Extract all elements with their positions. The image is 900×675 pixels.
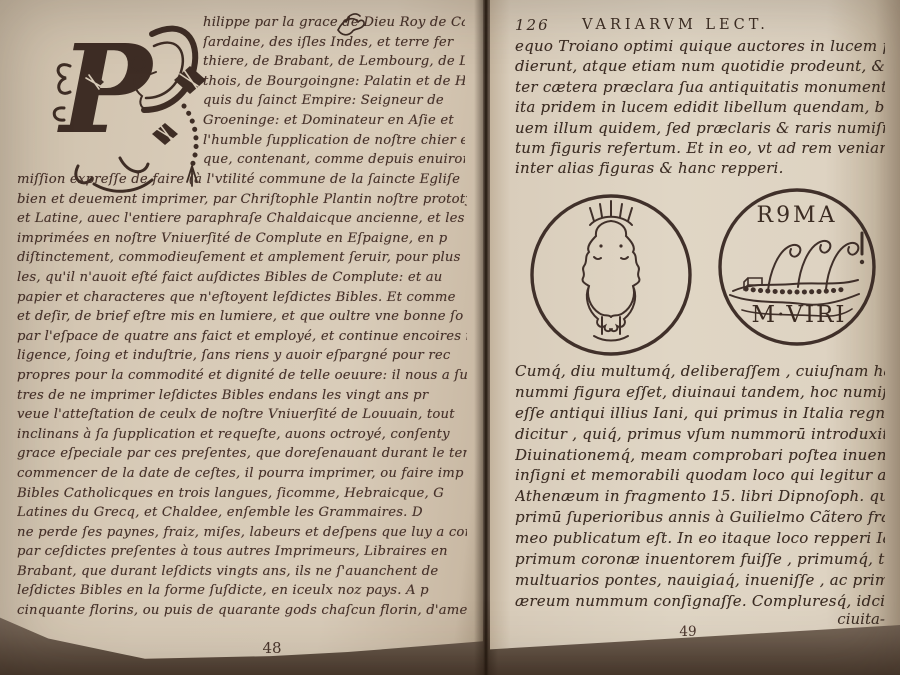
text-line: Brabant, que durant leſdicts vingts ans,… xyxy=(17,562,467,582)
text-line: inter alias figuras & hanc repperi. xyxy=(515,158,885,178)
open-book-photo: P xyxy=(0,0,900,675)
text-line: dierunt, atque etiam num quotidie prodeu… xyxy=(515,56,885,76)
text-line: leſdictes Bibles en la forme ſuſdicte, e… xyxy=(17,581,467,601)
folio-number: 126 xyxy=(515,16,550,34)
text-line: cinquante florins, ou puis de quarante g… xyxy=(17,601,467,621)
text-line: imprimées en noſtre Vniuerſité de Complu… xyxy=(17,229,467,249)
text-line: les, qu'il n'auoit eſté faict auſdictes … xyxy=(17,268,467,288)
text-line: Cumq́, diu multumq́, deliberaſſem , cuiu… xyxy=(515,361,885,382)
text-line: ſardaine, des iſles Indes, et terre fer xyxy=(203,33,465,53)
text-line: l'humble ſupplication de noſtre chier et… xyxy=(203,131,465,151)
text-line: primum coronæ inuentorem fuiſſe , primum… xyxy=(515,549,885,570)
initial-letter: P xyxy=(57,17,155,161)
text-line: commencer de la date de ceſtes, il pourr… xyxy=(17,464,467,484)
janus-coin-icon xyxy=(532,196,690,354)
left-page-opening-lines: hilippe par la grace de Dieu Roy de Ca ſ… xyxy=(203,13,465,170)
text-line: equo Troiano optimi quique auctores in l… xyxy=(515,36,885,56)
text-line: tres de ne imprimer leſdictes Bibles end… xyxy=(17,386,467,406)
text-line: nummi figura eſſet, diuinaui tandem, hoc… xyxy=(515,382,885,403)
text-line: Athenæum in fragmento 15. libri Dipnoſop… xyxy=(515,486,885,507)
prow-coin-icon: R9MA M·VIRI xyxy=(720,190,874,344)
right-page: 126 VARIARVM LECT. equo Troiano optimi q… xyxy=(490,0,900,675)
text-line: meo publicatum eſt. In eo itaque loco re… xyxy=(515,528,885,549)
coin-illustrations: R9MA M·VIRI xyxy=(490,183,890,369)
running-title: VARIARVM LECT. xyxy=(582,17,812,33)
text-line: dicitur , quiq́, primus vſum nummorū int… xyxy=(515,424,885,445)
text-line: eſſe antiqui illius Iani, qui primus in … xyxy=(515,403,885,424)
left-page-body-lines: miſſion expreſſe de faire (à l'vtilité c… xyxy=(17,170,467,621)
text-line: ter cætera præclara ſua antiquitatis mon… xyxy=(515,77,885,97)
coin-legend-top: R9MA xyxy=(757,203,838,228)
text-line: inſigni et memorabili quodam loco qui le… xyxy=(515,465,885,486)
text-line: et Latine, auec l'entiere paraphraſe Cha… xyxy=(17,209,467,229)
left-page-number: 48 xyxy=(252,639,292,657)
text-line: bien et deuement imprimer, par Chriſtoph… xyxy=(17,190,467,210)
text-line: quis du ſainct Empire: Seigneur de xyxy=(203,91,465,111)
right-page-number: 49 xyxy=(668,624,708,640)
coin-legend-bottom: M·VIRI xyxy=(752,302,847,328)
text-line: par l'eſpace de quatre ans faict et empl… xyxy=(17,327,467,347)
text-line: ne perde ſes paynes, fraiz, miſes, labeu… xyxy=(17,523,467,543)
text-line: veue l'atteſtation de ceulx de noſtre Vn… xyxy=(17,405,467,425)
left-page: P xyxy=(0,0,483,675)
text-line: Latines du Grecq, et Chaldee, enſemble l… xyxy=(17,503,467,523)
text-line: ligence, ſoing et induſtrie, ſans riens … xyxy=(17,346,467,366)
text-line: primū ſuperioribus annis à Guilielmo Cãt… xyxy=(515,507,885,528)
text-line: Groeninge: et Dominateur en Aſie et xyxy=(203,111,465,131)
text-line: propres pour la commodité et dignité de … xyxy=(17,366,467,386)
text-line: grace eſpeciale par ces preſentes, que d… xyxy=(17,444,467,464)
text-line: Bibles Catholicques en trois langues, ſi… xyxy=(17,484,467,504)
text-line: thiere, de Brabant, de Lembourg, de L xyxy=(203,52,465,72)
text-line: tum figuris refertum. Et in eo, vt ad re… xyxy=(515,138,885,158)
text-line: inclinans à ſa ſupplication et requeſte,… xyxy=(17,425,467,445)
text-line: que, contenant, comme depuis enuiron qu xyxy=(203,150,465,170)
text-line: papier et characteres que n'eſtoyent leſ… xyxy=(17,288,467,308)
text-line: ita pridem in lucem edidit libellum quen… xyxy=(515,97,885,117)
text-line: hilippe par la grace de Dieu Roy de Ca xyxy=(203,13,465,33)
text-line: miſſion expreſſe de faire (à l'vtilité c… xyxy=(17,170,467,190)
text-line: multuarios pontes, nauigiaq́, inueniſſe … xyxy=(515,570,885,591)
text-line: diſtinctement, commodieuſement et amplem… xyxy=(17,248,467,268)
text-line: thois, de Bourgoingne: Palatin et de Hay xyxy=(203,72,465,92)
text-line: æreum nummum conſignaſſe. Compluresq́, i… xyxy=(515,591,885,612)
right-page-paragraph-2: Cumq́, diu multumq́, deliberaſſem , cuiu… xyxy=(515,361,885,612)
text-line: et deſir, de brief eſtre mis en lumiere,… xyxy=(17,307,467,327)
text-line: par ceſdictes preſentes à tous autres Im… xyxy=(17,542,467,562)
right-page-paragraph-1: equo Troiano optimi quique auctores in l… xyxy=(515,36,885,179)
text-line: uem illum quidem, ſed præclaris & raris … xyxy=(515,118,885,138)
text-line: Diuinationemq́, meam comprobari poſtea i… xyxy=(515,445,885,466)
